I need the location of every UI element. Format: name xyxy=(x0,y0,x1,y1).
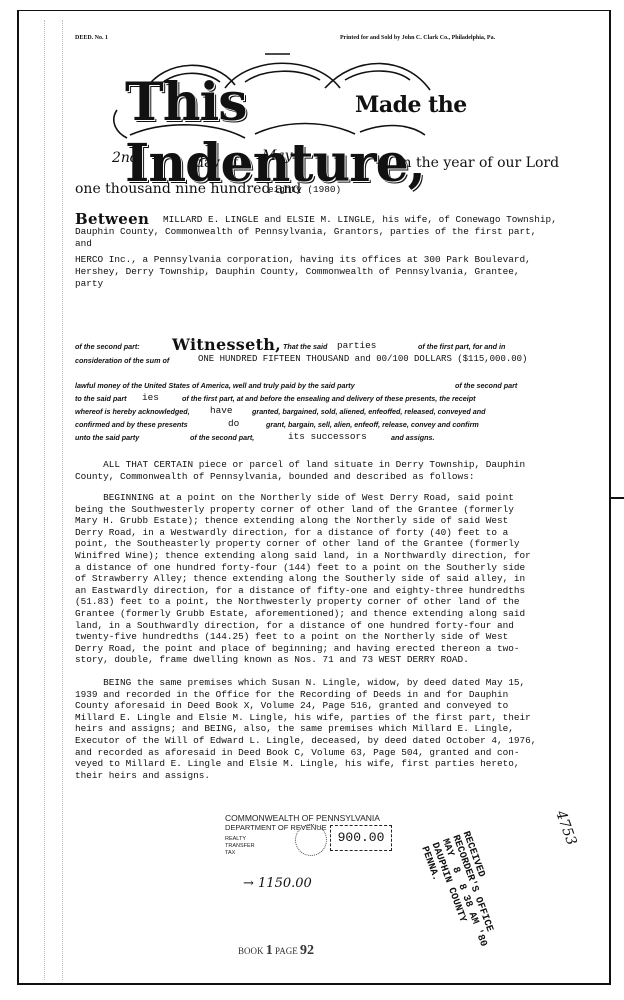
grantee-line-1: HERCO Inc., a Pennsylvania corporation, … xyxy=(75,254,531,266)
grant-line-3b: granted, bargained, sold, aliened, enfeo… xyxy=(252,407,486,416)
grant-line-4a: confirmed and by these presents xyxy=(75,420,188,429)
margin-dots xyxy=(44,20,45,980)
stamp-label-3: TAX xyxy=(225,850,235,856)
witnesseth-text-1: That the said xyxy=(283,342,327,351)
grant-line-5c: and assigns. xyxy=(391,433,435,442)
grant-line-5b: of the second part, xyxy=(190,433,254,442)
title-banner: This Indenture, Made the xyxy=(105,50,505,140)
grant-line-5a: unto the said party xyxy=(75,433,139,442)
grant-line-1b: of the second part xyxy=(455,381,517,390)
month-handwritten: May xyxy=(262,148,293,164)
witnesseth-text-2: of the first part, for and in xyxy=(418,342,505,351)
printer-credit: Printed for and Sold by John C. Clark Co… xyxy=(340,35,495,41)
stamp-line-1: COMMONWEALTH OF PENNSYLVANIA xyxy=(225,813,380,823)
grant-line-1a: lawful money of the United States of Ame… xyxy=(75,381,355,390)
handwritten-total: → 1150.00 xyxy=(243,876,312,891)
body-paragraph-parcel: ALL THAT CERTAIN piece or parcel of land… xyxy=(75,459,545,482)
page-label: PAGE xyxy=(275,946,298,956)
year-fill: eighty (1980) xyxy=(268,184,341,196)
grant-line-3a: whereof is hereby acknowledged, xyxy=(75,407,190,416)
stamp-seal-icon xyxy=(295,824,327,856)
book-label: BOOK xyxy=(238,946,264,956)
year-label: in the year of our Lord xyxy=(398,155,559,171)
book-value: 1 xyxy=(266,943,273,958)
day-of-label: day of xyxy=(195,155,238,171)
grantee-line-2: Hershey, Derry Township, Dauphin County,… xyxy=(75,266,519,278)
book-page-reference: BOOK 1 PAGE 92 xyxy=(238,943,314,959)
transfer-tax-stamp: COMMONWEALTH OF PENNSYLVANIA DEPARTMENT … xyxy=(200,810,420,870)
grant-line-2a: to the said part xyxy=(75,394,127,403)
consideration-label: consideration of the sum of xyxy=(75,356,169,365)
body-paragraph-description: BEGINNING at a point on the Northerly si… xyxy=(75,492,545,666)
grantors-line-3: and xyxy=(75,238,92,250)
stamp-amount: 900.00 xyxy=(330,825,392,851)
stamp-label-1: REALTY xyxy=(225,836,246,842)
border-mark xyxy=(611,497,624,499)
grantors-line-2: Dauphin County, Commonwealth of Pennsylv… xyxy=(75,226,536,238)
margin-dots xyxy=(62,20,63,980)
witnesseth-fill: parties xyxy=(337,340,376,352)
grant-line-2-fill: ies xyxy=(142,392,159,404)
grantors-line-1: MILLARD E. LINGLE and ELSIE M. LINGLE, h… xyxy=(163,214,557,226)
title-made-the: Made the xyxy=(355,92,467,118)
consideration-amount: ONE HUNDRED FIFTEEN THOUSAND and 00/100 … xyxy=(198,354,527,366)
day-handwritten: 2nd xyxy=(112,150,139,166)
title-this-indenture: This Indenture, xyxy=(125,72,505,194)
grant-line-4b: grant, bargain, sell, alien, enfeoff, re… xyxy=(266,420,479,429)
form-number: DEED. No. 1 xyxy=(75,35,108,41)
witnesseth-label: Witnesseth, xyxy=(172,335,281,354)
grant-line-4-fill: do xyxy=(228,418,239,430)
witnesseth-lead: of the second part: xyxy=(75,342,140,351)
page-value: 92 xyxy=(300,943,314,958)
body-paragraph-being: BEING the same premises which Susan N. L… xyxy=(75,677,545,781)
grantee-line-3: party xyxy=(75,278,103,290)
grant-line-5-fill: its successors xyxy=(288,431,367,443)
stamp-label-2: TRANSFER xyxy=(225,843,255,849)
grant-line-3-fill: have xyxy=(210,405,233,417)
grant-line-2b: of the first part, at and before the ens… xyxy=(182,394,476,403)
